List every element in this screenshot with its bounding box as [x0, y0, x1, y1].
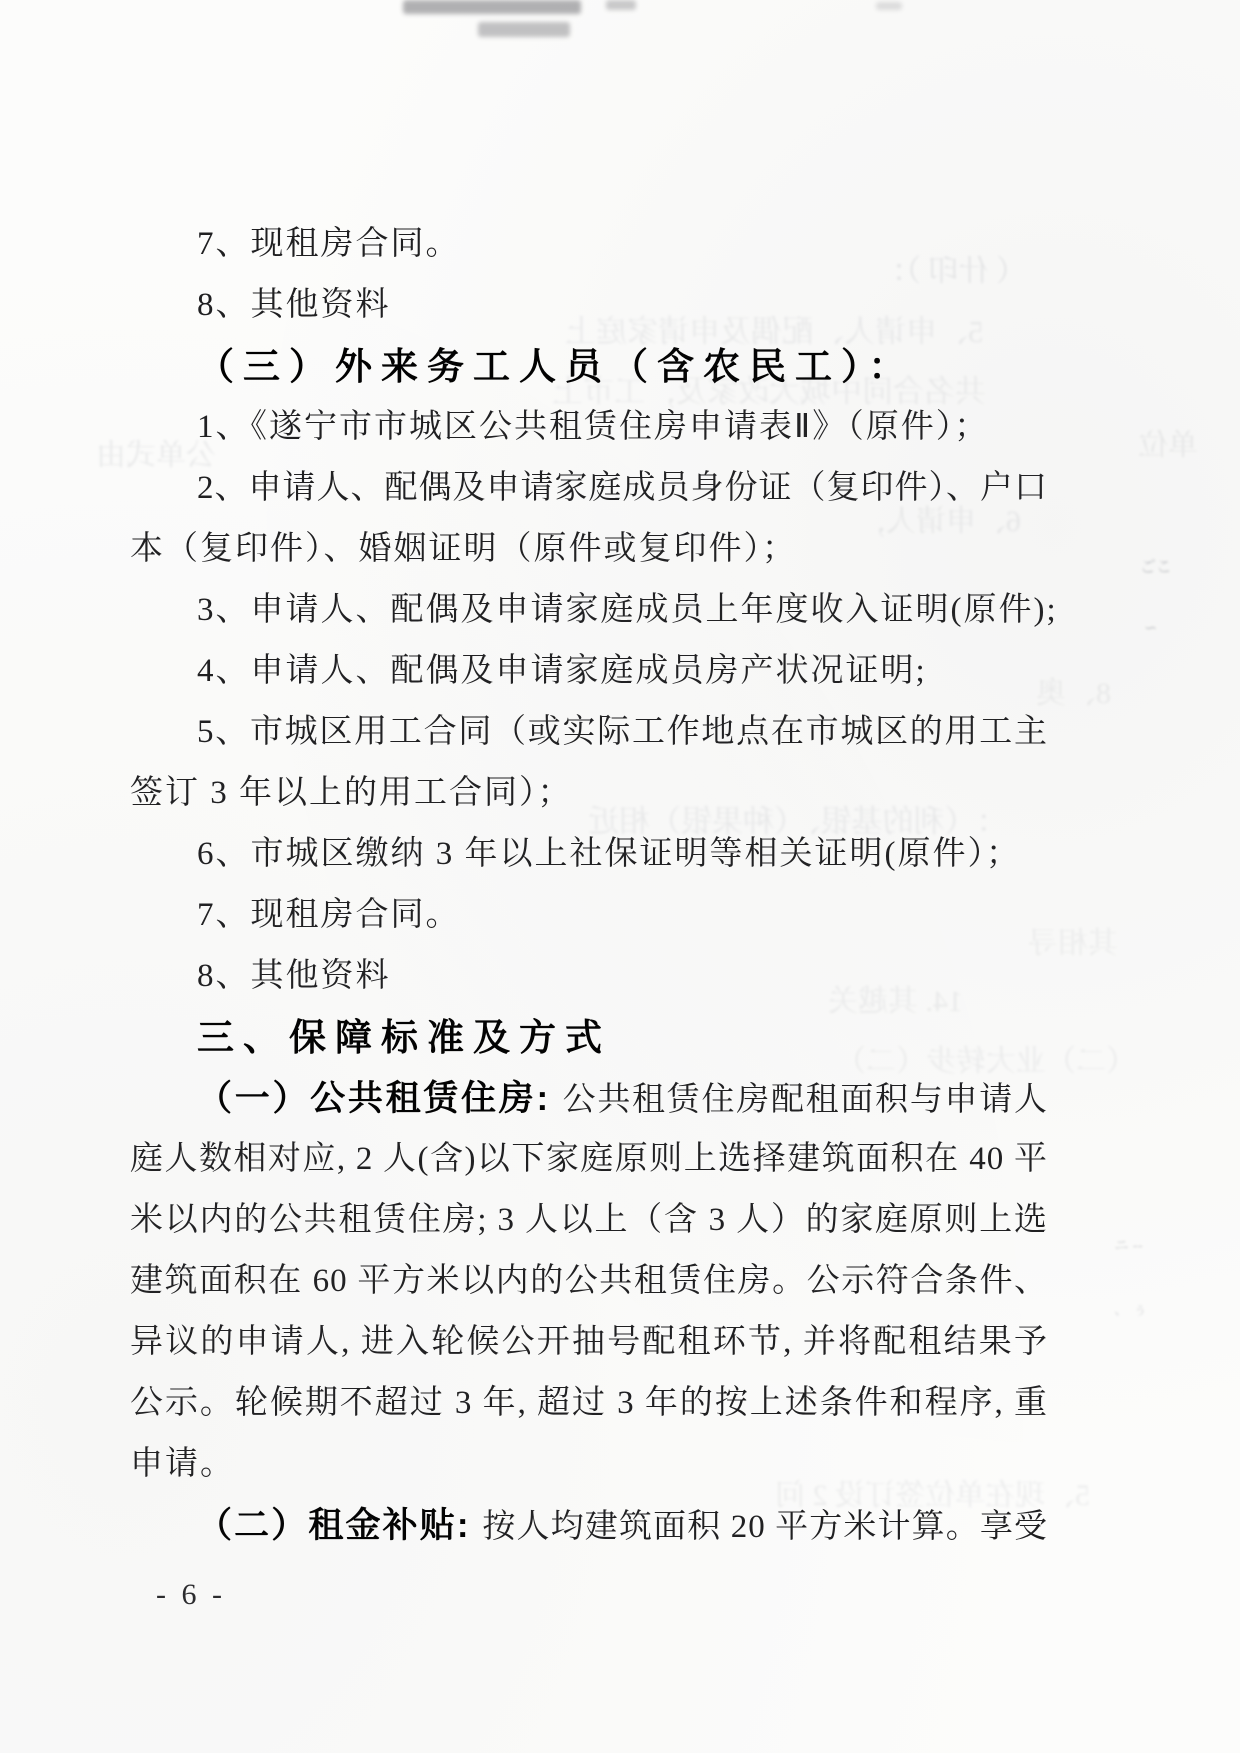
- paragraph-label: （二）租金补贴:: [197, 1506, 482, 1545]
- text-line: 建筑面积在 60 平方米以内的公共租赁住房。公示符合条件、无: [130, 1251, 1048, 1312]
- text-line: 异议的申请人, 进入轮候公开抽号配租环节, 并将配租结果予以: [130, 1312, 1048, 1373]
- text-line: 8、其他资料: [130, 275, 1048, 336]
- bleed-through-text: ごこ: [1140, 554, 1172, 577]
- text-line: 7、现租房合同。: [130, 885, 1048, 946]
- text-line: 1、《遂宁市市城区公共租赁住房申请表Ⅱ》（原件）；: [130, 397, 1048, 458]
- text-line: 7、现租房合同。: [130, 214, 1048, 275]
- text-line: 米以内的公共租赁住房; 3 人以上（含 3 人）的家庭原则上选择: [130, 1190, 1048, 1251]
- text-line: 庭人数相对应, 2 人(含)以下家庭原则上选择建筑面积在 40 平方: [130, 1129, 1048, 1190]
- text-line: 公示。轮候期不超过 3 年, 超过 3 年的按上述条件和程序, 重新: [130, 1373, 1048, 1434]
- text-line: 3、申请人、配偶及申请家庭成员上年度收入证明(原件);: [130, 580, 1048, 641]
- paragraph-label: （一）公共租赁住房:: [197, 1079, 563, 1118]
- scan-smudge: [403, 0, 581, 14]
- heading-line: 三、保障标准及方式: [130, 1007, 1048, 1068]
- text-line: 本（复印件）、婚姻证明（原件或复印件）；: [130, 519, 1048, 580]
- bleed-through-text: 、 ぅ: [1114, 1298, 1148, 1319]
- scan-smudge: [876, 2, 902, 10]
- heading-line: （一）公共租赁住房: 公共租赁住房配租面积与申请人的家: [130, 1068, 1048, 1129]
- text-line: 申请。: [130, 1434, 1048, 1495]
- document-body: 7、现租房合同。8、其他资料（三）外来务工人员（含农民工）：1、《遂宁市市城区公…: [130, 214, 1048, 1556]
- scan-smudge: [478, 22, 570, 37]
- text-line: 签订 3 年以上的用工合同）；: [130, 763, 1048, 824]
- heading-line: （三）外来务工人员（含农民工）：: [130, 336, 1048, 397]
- bleed-through-text: ∽: [1144, 618, 1157, 638]
- text-line: 4、申请人、配偶及申请家庭成员房产状况证明;: [130, 641, 1048, 702]
- scan-smudge: [606, 0, 636, 10]
- text-line: 5、市城区用工合同（或实际工作地点在市城区的用工主体: [130, 702, 1048, 763]
- text-line: 2、申请人、配偶及申请家庭成员身份证（复印件）、户口: [130, 458, 1048, 519]
- heading-line: （二）租金补贴: 按人均建筑面积 20 平方米计算。享受城: [130, 1495, 1048, 1556]
- bleed-through-text: ニ --: [1114, 1234, 1143, 1255]
- text-line: 6、市城区缴纳 3 年以上社保证明等相关证明(原件）；: [130, 824, 1048, 885]
- page-number: - 6 -: [156, 1578, 226, 1612]
- scanned-document-page: （ 什印 ）：5、申请人、配偶及申请家庭上共名合同中城大改家及，工市上公单式由单…: [0, 0, 1240, 1753]
- bleed-through-text: 单位: [1138, 420, 1198, 464]
- text-line: 8、其他资料: [130, 946, 1048, 1007]
